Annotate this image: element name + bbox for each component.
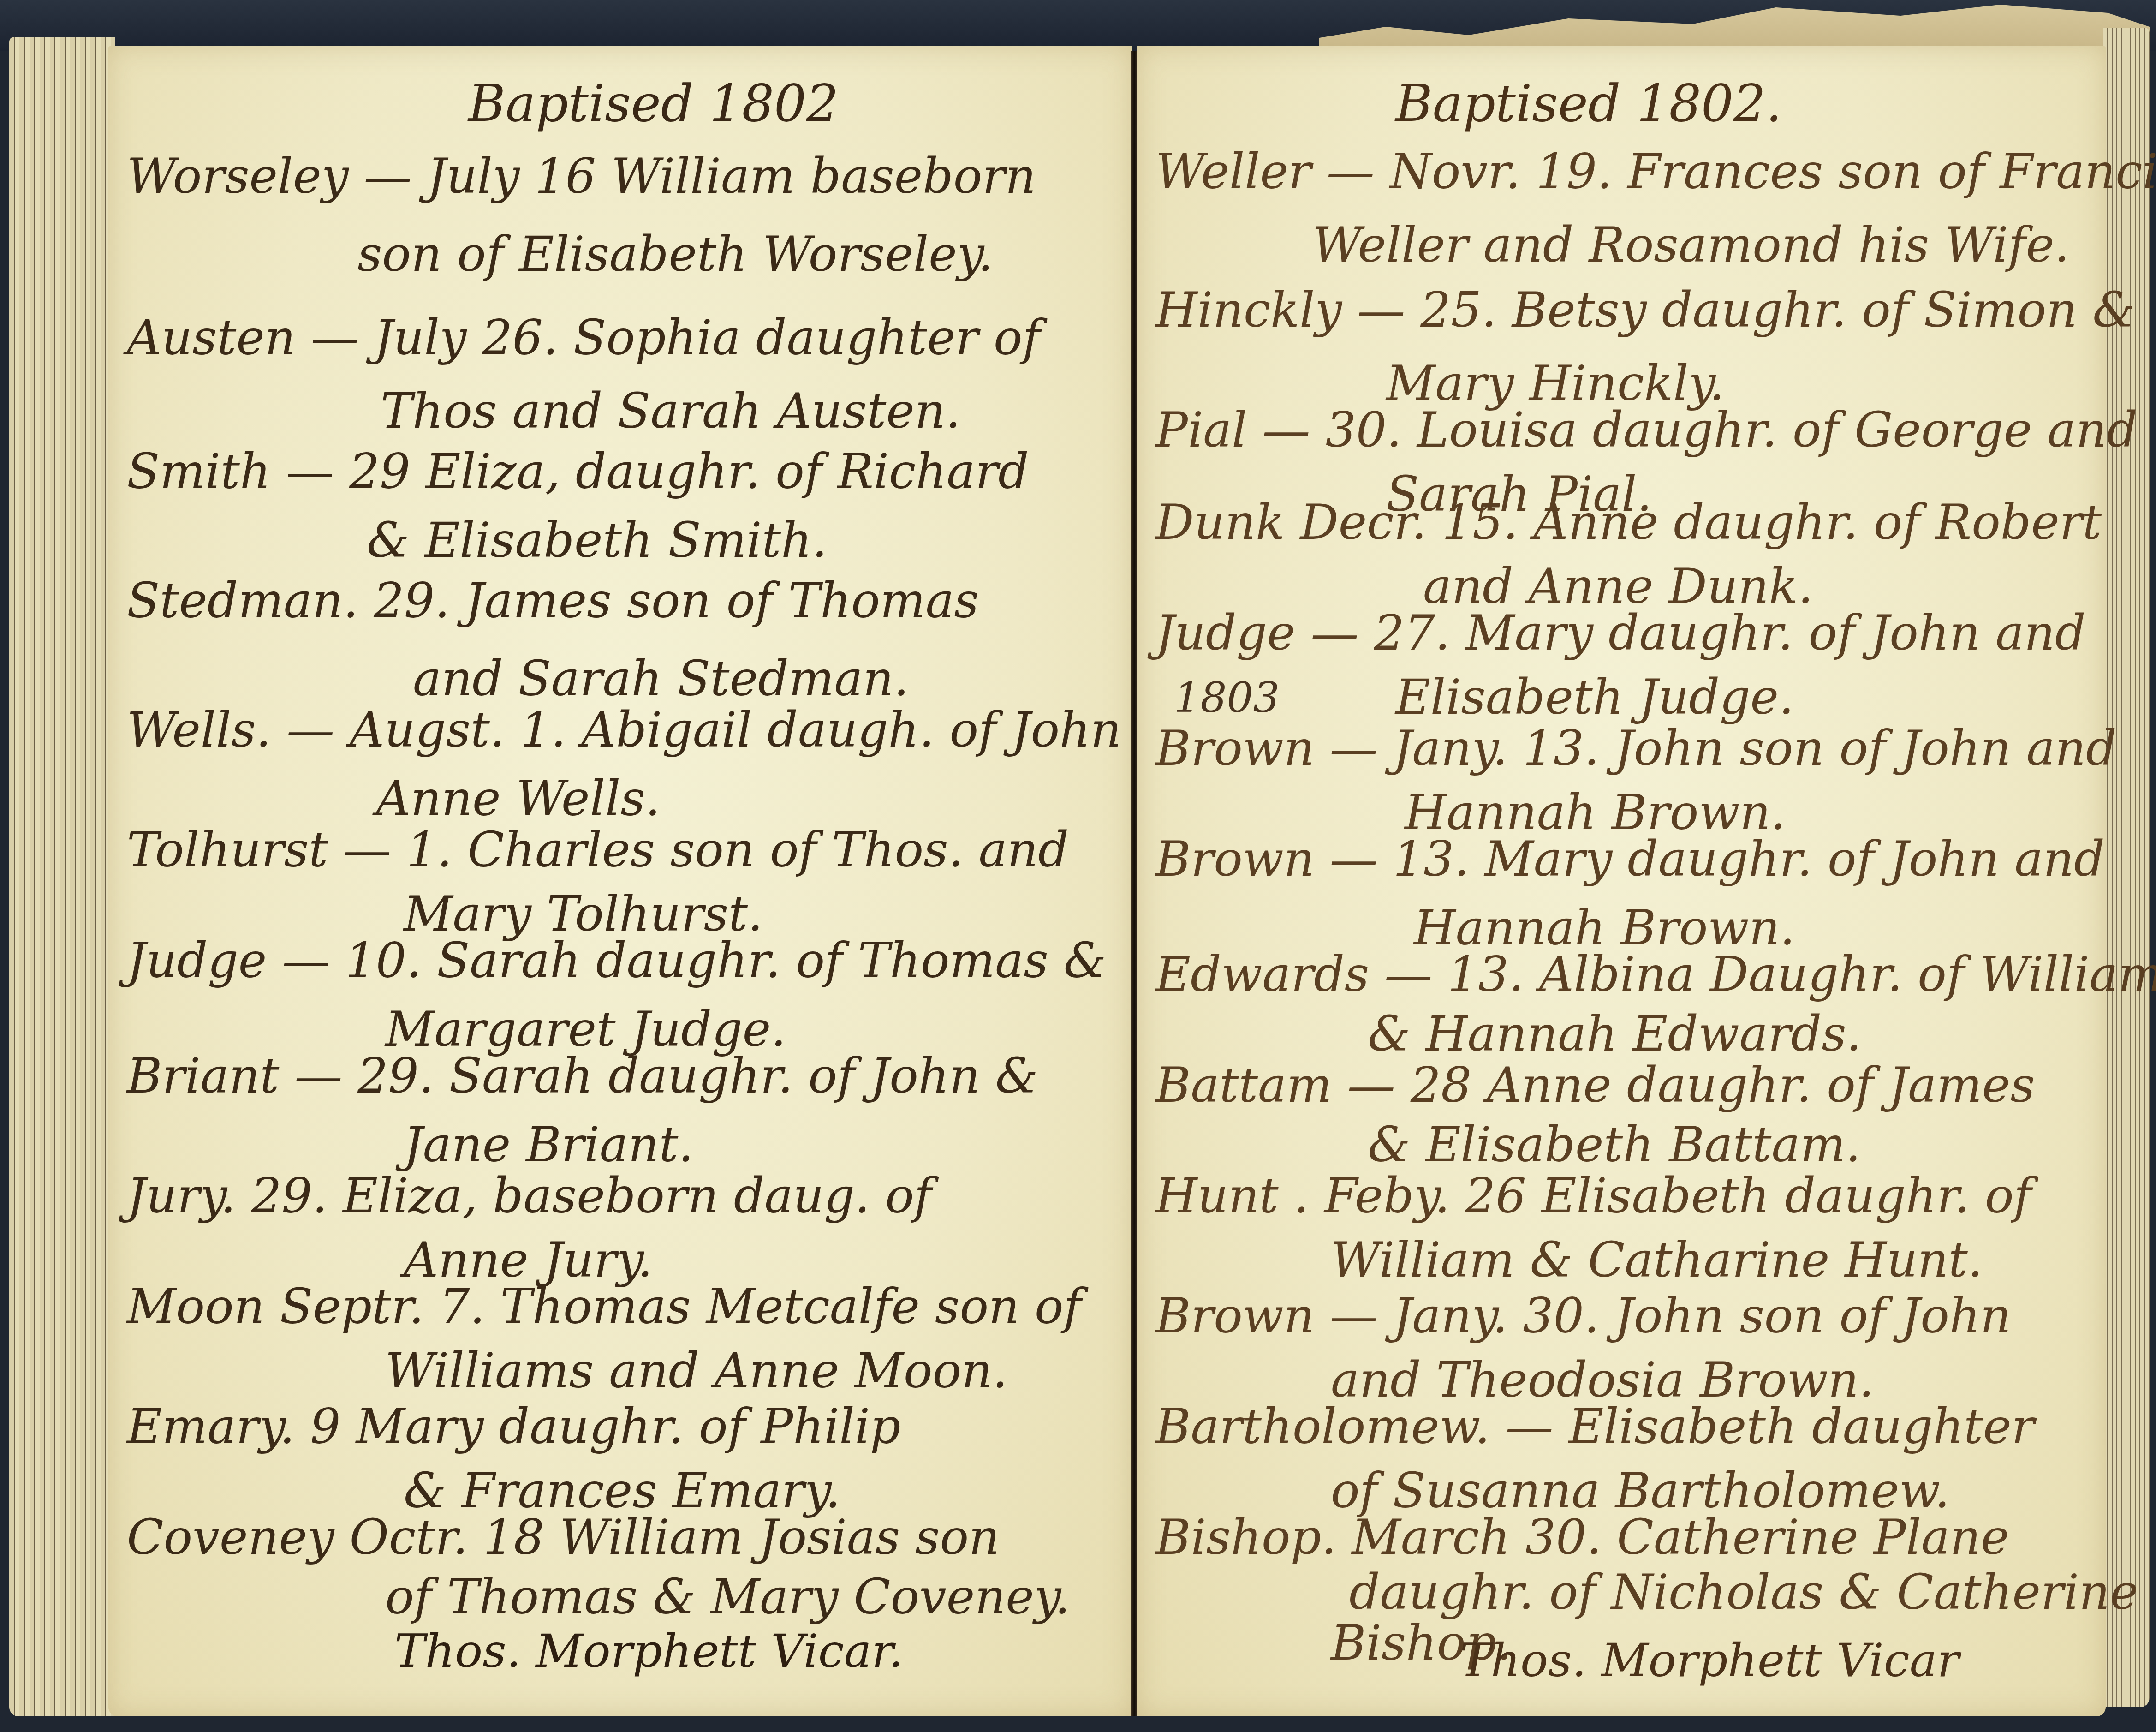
- register-entry: Pial — 30. Louisa daughr. of George and …: [1155, 406, 2138, 454]
- register-entry: Tolhurst — 1. Charles son of Thos. and M…: [127, 826, 1069, 874]
- register-entry: Hunt . Feby. 26 Elisabeth daughr. of Wil…: [1155, 1172, 2031, 1220]
- register-entry: Bartholomew. — Elisabeth daughter of Sus…: [1155, 1403, 2034, 1451]
- entry-surname: Moon: [127, 1283, 265, 1331]
- entry-line2: & Elisabeth Smith.: [367, 512, 827, 568]
- entry-surname: Dunk: [1155, 498, 1285, 546]
- entry-line1: — July 26. Sophia daughter of: [311, 310, 1040, 366]
- register-entry: Jury. 29. Eliza, baseborn daug. of Anne …: [127, 1172, 932, 1220]
- entry-line1: — Elisabeth daughter: [1505, 1398, 2034, 1455]
- entry-line1: Septr. 7. Thomas Metcalfe son of: [280, 1278, 1081, 1335]
- entry-line1: Octr. 18 William Josias son: [350, 1509, 1000, 1565]
- entry-surname: Stedman.: [127, 577, 358, 625]
- entry-line1: 9 Mary daughr. of Philip: [310, 1398, 900, 1455]
- register-entry: Wells. — Augst. 1. Abigail daugh. of Joh…: [127, 706, 1179, 754]
- register-entry: Worseley — July 16 William baseborn son …: [127, 152, 1036, 200]
- entry-line2: Williams and Anne Moon.: [385, 1343, 1007, 1399]
- register-entry: Brown — Jany. 30. John son of John and T…: [1155, 1292, 2011, 1340]
- entry-line2: & Elisabeth Battam.: [1368, 1117, 1861, 1173]
- entry-line1: — 13. Albina Daughr. of William: [1384, 946, 2156, 1003]
- entry-line1: — 28 Anne daughr. of James: [1347, 1057, 2035, 1113]
- entry-line1: — 29 Eliza, daughr. of Richard: [286, 443, 1029, 500]
- register-entry: Dunk Decr. 15. Anne daughr. of Robert an…: [1155, 498, 2102, 546]
- entry-line1: — 25. Betsy daughr. of Simon &: [1357, 282, 2135, 338]
- entry-line2: Anne Wells.: [376, 770, 661, 827]
- entry-line1: 29. James son of Thomas: [374, 573, 979, 629]
- year-marginal-note: 1803: [1174, 674, 1280, 722]
- register-entry: Bishop. March 30. Catherine Plane daughr…: [1155, 1513, 2009, 1561]
- entry-line2: son of Elisabeth Worseley.: [357, 226, 993, 282]
- register-entry: Battam — 28 Anne daughr. of James & Elis…: [1155, 1061, 2035, 1109]
- entry-surname: Pial: [1155, 406, 1247, 454]
- entry-line2: Jane Briant.: [404, 1117, 694, 1173]
- vicar-signature: Thos. Morphett Vicar.: [394, 1624, 903, 1678]
- register-entry: Coveney Octr. 18 William Josias son of T…: [127, 1513, 1000, 1561]
- entry-surname: Hunt: [1155, 1172, 1278, 1220]
- entry-surname: Coveney: [127, 1513, 334, 1561]
- book-gutter: [1131, 51, 1138, 1716]
- page-heading: Baptised 1802: [468, 74, 839, 133]
- entry-line1: — 29. Sarah daughr. of John &: [294, 1048, 1038, 1104]
- entry-surname: Brown: [1155, 724, 1315, 772]
- entry-line1: — 10. Sarah daughr. of Thomas &: [282, 932, 1106, 989]
- register-entry: Briant — 29. Sarah daughr. of John & Jan…: [127, 1052, 1038, 1100]
- register-entry: Judge — 27. Mary daughr. of John and Eli…: [1155, 609, 2086, 657]
- entry-surname: Judge: [127, 937, 267, 985]
- register-entry: Moon Septr. 7. Thomas Metcalfe son of Wi…: [127, 1283, 1081, 1331]
- register-entry: Emary. 9 Mary daughr. of Philip & France…: [127, 1403, 901, 1451]
- entry-line1: 29. Eliza, baseborn daug. of: [251, 1168, 932, 1224]
- register-entry: Austen — July 26. Sophia daughter of Tho…: [127, 314, 1040, 362]
- entry-line2: and Sarah Stedman.: [413, 651, 909, 707]
- entry-line1: . Feby. 26 Elisabeth daughr. of: [1294, 1168, 2032, 1224]
- entry-surname: Emary.: [127, 1403, 295, 1451]
- entry-line2: Elisabeth Judge.: [1395, 669, 1794, 725]
- entry-line1: Decr. 15. Anne daughr. of Robert: [1300, 494, 2102, 550]
- entry-line1: — Augst. 1. Abigail daugh. of John &: [286, 702, 1179, 758]
- entry-surname: Bishop.: [1155, 1513, 1336, 1561]
- entry-surname: Brown: [1155, 1292, 1315, 1340]
- entry-surname: Brown: [1155, 835, 1315, 883]
- page-heading: Baptised 1802.: [1395, 74, 1782, 133]
- register-entry: Judge — 10. Sarah daughr. of Thomas & Ma…: [127, 937, 1106, 985]
- register-entry: Hinckly — 25. Betsy daughr. of Simon & M…: [1155, 286, 2135, 334]
- entry-surname: Austen: [127, 314, 296, 362]
- entry-line2: William & Catharine Hunt.: [1331, 1232, 1983, 1288]
- register-entry: Weller — Novr. 19. Frances son of Franci…: [1155, 148, 2156, 196]
- entry-surname: Smith: [127, 448, 271, 496]
- entry-line1: — 27. Mary daughr. of John and: [1310, 605, 2085, 661]
- entry-line2: & Hannah Edwards.: [1368, 1006, 1862, 1062]
- entry-surname: Wells.: [127, 706, 271, 754]
- entry-line1: — 30. Louisa daughr. of George and: [1263, 402, 2138, 458]
- entry-surname: Hinckly: [1155, 286, 1342, 334]
- right-page: Baptised 1802. Weller — Novr. 19. France…: [1137, 46, 2106, 1716]
- entry-line1: — 13. Mary daughr. of John and: [1330, 831, 2105, 887]
- entry-surname: Bartholomew.: [1155, 1403, 1490, 1451]
- entry-surname: Weller: [1155, 148, 1311, 196]
- entry-surname: Briant: [127, 1052, 279, 1100]
- entry-line1: — Jany. 13. John son of John and: [1330, 720, 2117, 776]
- entry-line1: — July 16 William baseborn: [364, 148, 1036, 204]
- left-page: Baptised 1802 Worseley — July 16 William…: [108, 46, 1132, 1716]
- page-edges-left: [9, 37, 115, 1716]
- register-entry: Edwards — 13. Albina Daughr. of William …: [1155, 950, 2156, 998]
- page-edges-right: [2103, 28, 2150, 1707]
- entry-line1: — Novr. 19. Frances son of Francis: [1327, 143, 2156, 200]
- register-entry: Brown — Jany. 13. John son of John and H…: [1155, 724, 2116, 772]
- entry-surname: Edwards: [1155, 950, 1369, 998]
- entry-line1: March 30. Catherine Plane: [1352, 1509, 2009, 1565]
- entry-line1: — 1. Charles son of Thos. and: [343, 822, 1069, 878]
- entry-line2: Thos and Sarah Austen.: [381, 383, 961, 439]
- entry-surname: Worseley: [127, 152, 349, 200]
- entry-surname: Battam: [1155, 1061, 1332, 1109]
- entry-surname: Tolhurst: [127, 826, 328, 874]
- entry-surname: Jury.: [127, 1172, 236, 1220]
- entry-surname: Judge: [1155, 609, 1295, 657]
- register-entry: Brown — 13. Mary daughr. of John and Han…: [1155, 835, 2105, 883]
- entry-line1: — Jany. 30. John son of John: [1330, 1288, 2011, 1344]
- register-entry: Smith — 29 Eliza, daughr. of Richard & E…: [127, 448, 1029, 496]
- entry-line2: daughr. of Nicholas & Catherine: [1349, 1564, 2138, 1620]
- register-entry: Stedman. 29. James son of Thomas and Sar…: [127, 577, 979, 625]
- vicar-signature: Thos. Morphett Vicar: [1460, 1633, 1959, 1687]
- entry-line2: of Thomas & Mary Coveney.: [385, 1569, 1070, 1625]
- entry-line2: Weller and Rosamond his Wife.: [1312, 217, 2070, 273]
